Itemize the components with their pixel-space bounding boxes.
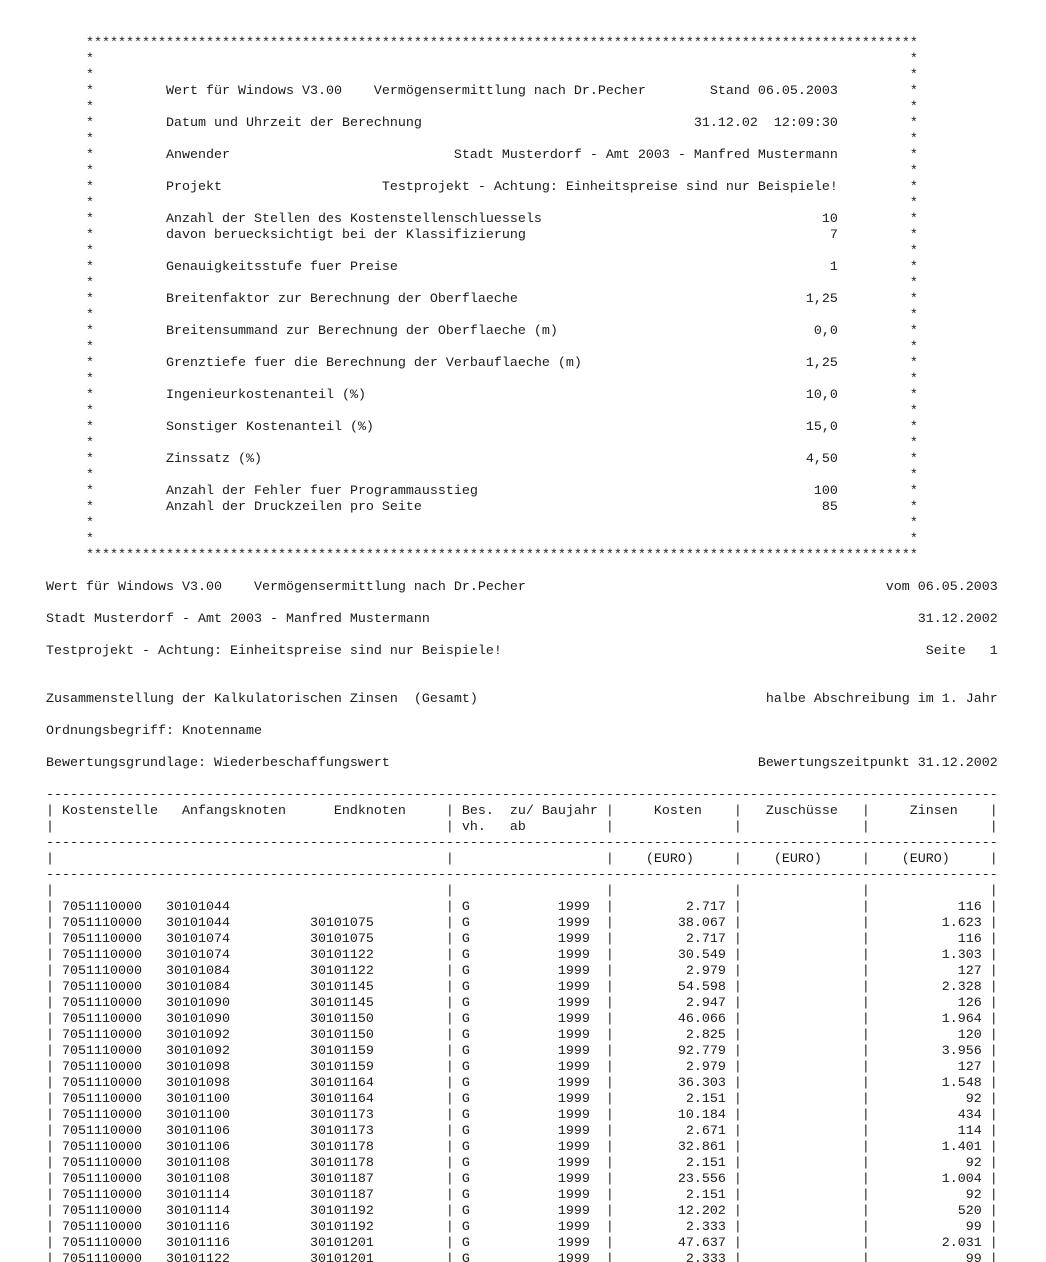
- banner-edge: * *: [86, 468, 918, 484]
- banner-param-line: * davon beruecksichtigt bei der Klassifi…: [86, 228, 918, 244]
- banner-edge: * *: [86, 436, 918, 452]
- blank: [46, 676, 998, 692]
- banner-param-line: * Anzahl der Stellen des Kostenstellensc…: [86, 212, 918, 228]
- banner-edge: * *: [86, 196, 918, 212]
- banner-param-line: * Anzahl der Fehler fuer Programmausstie…: [86, 484, 918, 500]
- banner-title-line: * Wert für Windows V3.00 Vermögensermitt…: [86, 84, 918, 100]
- table-row: | 7051110000 30101114 30101187 | G 1999 …: [46, 1188, 998, 1204]
- banner-border-top: ****************************************…: [86, 36, 918, 52]
- banner-param-line: * Breitenfaktor zur Berechnung der Oberf…: [86, 292, 918, 308]
- table-row: | 7051110000 30101084 30101145 | G 1999 …: [46, 980, 998, 996]
- report-valuation-line: Bewertungsgrundlage: Wiederbeschaffungsw…: [46, 756, 998, 772]
- report-project-line: Testprojekt - Achtung: Einheitspreise si…: [46, 644, 998, 660]
- banner-edge: * *: [86, 244, 918, 260]
- report-title-line: Wert für Windows V3.00 Vermögensermittlu…: [46, 580, 998, 596]
- table-row: | 7051110000 30101108 30101178 | G 1999 …: [46, 1156, 998, 1172]
- table-row: | 7051110000 30101090 30101150 | G 1999 …: [46, 1012, 998, 1028]
- report-header: Wert für Windows V3.00 Vermögensermittlu…: [46, 580, 998, 772]
- table-row: | 7051110000 30101092 30101150 | G 1999 …: [46, 1028, 998, 1044]
- banner-edge: * *: [86, 308, 918, 324]
- banner-edge: * *: [86, 52, 918, 68]
- banner-param-line: * Ingenieurkostenanteil (%) 10,0 *: [86, 388, 918, 404]
- banner-edge: * *: [86, 276, 918, 292]
- table-row: | 7051110000 30101098 30101164 | G 1999 …: [46, 1076, 998, 1092]
- interest-table: ----------------------------------------…: [46, 788, 998, 1262]
- report-user-line: Stadt Musterdorf - Amt 2003 - Manfred Mu…: [46, 612, 998, 628]
- blank: [46, 628, 998, 644]
- table-row: | 7051110000 30101074 30101075 | G 1999 …: [46, 932, 998, 948]
- banner-edge: * *: [86, 132, 918, 148]
- table-row: | 7051110000 30101044 | G 1999 | 2.717 |…: [46, 900, 998, 916]
- banner-param-line: * Projekt Testprojekt - Achtung: Einheit…: [86, 180, 918, 196]
- banner-param-line: * Genauigkeitsstufe fuer Preise 1 *: [86, 260, 918, 276]
- blank: [46, 660, 998, 676]
- blank: [46, 596, 998, 612]
- table-row: | 7051110000 30101098 30101159 | G 1999 …: [46, 1060, 998, 1076]
- table-row: | 7051110000 30101074 30101122 | G 1999 …: [46, 948, 998, 964]
- banner-param-line: * Breitensummand zur Berechnung der Ober…: [86, 324, 918, 340]
- table-spacer-row: | | | | | |: [46, 884, 998, 900]
- table-row: | 7051110000 30101116 30101192 | G 1999 …: [46, 1220, 998, 1236]
- table-row: | 7051110000 30101084 30101122 | G 1999 …: [46, 964, 998, 980]
- table-row: | 7051110000 30101108 30101187 | G 1999 …: [46, 1172, 998, 1188]
- banner-edge: * *: [86, 164, 918, 180]
- table-row: | 7051110000 30101122 30101201 | G 1999 …: [46, 1252, 998, 1262]
- table-row: | 7051110000 30101092 30101159 | G 1999 …: [46, 1044, 998, 1060]
- parameter-banner: ****************************************…: [86, 36, 918, 564]
- table-rule: ----------------------------------------…: [46, 868, 998, 884]
- table-row: | 7051110000 30101100 30101173 | G 1999 …: [46, 1108, 998, 1124]
- table-unit-row: | | | (EURO) | (EURO) | (EURO) |: [46, 852, 998, 868]
- banner-param-line: * Zinssatz (%) 4,50 *: [86, 452, 918, 468]
- table-row: | 7051110000 30101044 30101075 | G 1999 …: [46, 916, 998, 932]
- report-ordering-line: Ordnungsbegriff: Knotenname: [46, 724, 998, 740]
- banner-param-line: * Anwender Stadt Musterdorf - Amt 2003 -…: [86, 148, 918, 164]
- banner-edge: * *: [86, 516, 918, 532]
- report-summary-line: Zusammenstellung der Kalkulatorischen Zi…: [46, 692, 998, 708]
- banner-edge: * *: [86, 532, 918, 548]
- table-row: | 7051110000 30101100 30101164 | G 1999 …: [46, 1092, 998, 1108]
- banner-edge: * *: [86, 340, 918, 356]
- banner-edge: * *: [86, 68, 918, 84]
- banner-param-line: * Grenztiefe fuer die Berechnung der Ver…: [86, 356, 918, 372]
- table-row: | 7051110000 30101114 30101192 | G 1999 …: [46, 1204, 998, 1220]
- table-row: | 7051110000 30101106 30101173 | G 1999 …: [46, 1124, 998, 1140]
- table-header-row: | | vh. ab | | | |: [46, 820, 998, 836]
- blank: [46, 740, 998, 756]
- table-rule: ----------------------------------------…: [46, 836, 998, 852]
- table-row: | 7051110000 30101090 30101145 | G 1999 …: [46, 996, 998, 1012]
- table-row: | 7051110000 30101106 30101178 | G 1999 …: [46, 1140, 998, 1156]
- banner-edge: * *: [86, 372, 918, 388]
- banner-edge: * *: [86, 100, 918, 116]
- blank: [46, 708, 998, 724]
- banner-edge: * *: [86, 404, 918, 420]
- table-header-row: | Kostenstelle Anfangsknoten Endknoten |…: [46, 804, 998, 820]
- banner-param-line: * Anzahl der Druckzeilen pro Seite 85 *: [86, 500, 918, 516]
- banner-border-bottom: ****************************************…: [86, 548, 918, 564]
- banner-param-line: * Datum und Uhrzeit der Berechnung 31.12…: [86, 116, 918, 132]
- banner-param-line: * Sonstiger Kostenanteil (%) 15,0 *: [86, 420, 918, 436]
- table-row: | 7051110000 30101116 30101201 | G 1999 …: [46, 1236, 998, 1252]
- table-rule: ----------------------------------------…: [46, 788, 998, 804]
